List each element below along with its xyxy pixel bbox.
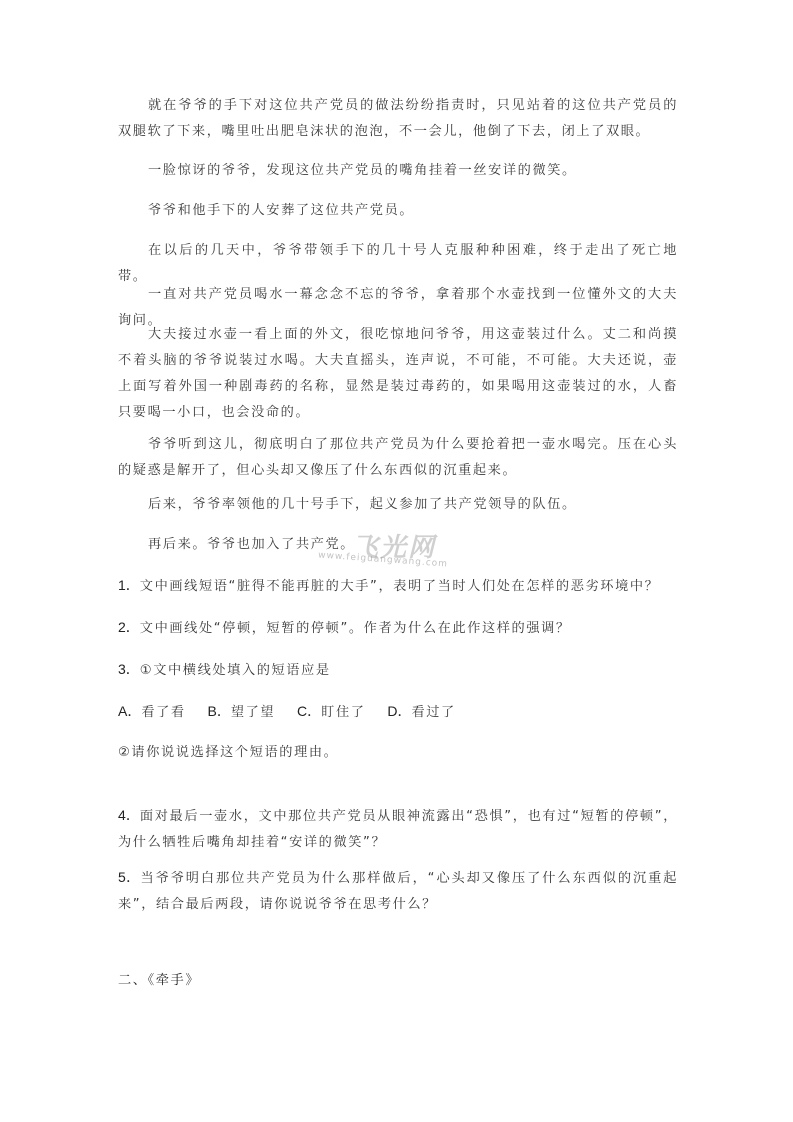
option-c-letter: C．	[297, 703, 321, 719]
question-1: 1．文中画线短语“脏得不能再脏的大手”，表明了当时人们处在怎样的恶劣环境中？	[118, 572, 678, 600]
option-a-letter: A．	[118, 703, 141, 719]
option-a-text: 看了看	[141, 705, 185, 720]
question-4-text: 面对最后一壶水，文中那位共产党员从眼神流露出“恐惧”，也有过“短暂的停顿”，为什…	[118, 809, 678, 850]
option-a: A．看了看	[118, 698, 186, 726]
option-d-text: 看过了	[411, 705, 455, 720]
question-4: 4．面对最后一壶水，文中那位共产党员从眼神流露出“恐惧”，也有过“短暂的停顿”，…	[118, 802, 678, 856]
story-paragraph-8: 后来，爷爷率领他的几十号手下，起义参加了共产党领导的队伍。	[118, 492, 678, 518]
question-3-number: 3．	[118, 661, 140, 677]
option-d-letter: D．	[387, 703, 411, 719]
option-c-text: 盯住了	[321, 705, 365, 720]
question-1-number: 1．	[118, 577, 140, 593]
option-b-letter: B．	[208, 703, 231, 719]
option-b-text: 望了望	[231, 705, 275, 720]
option-d: D．看过了	[387, 698, 456, 726]
question-3-text: ①文中横线处填入的短语应是	[140, 663, 331, 678]
story-paragraph-3: 爷爷和他手下的人安葬了这位共产党员。	[118, 198, 678, 224]
question-3-sub2: ②请你说说选择这个短语的理由。	[118, 740, 678, 766]
question-4-number: 4．	[118, 807, 140, 823]
question-3-options: A．看了看 B．望了望 C．盯住了 D．看过了	[118, 698, 678, 726]
option-c: C．盯住了	[297, 698, 366, 726]
question-5-number: 5．	[118, 869, 140, 885]
question-1-text: 文中画线短语“脏得不能再脏的大手”，表明了当时人们处在怎样的恶劣环境中？	[140, 579, 660, 594]
option-b: B．望了望	[208, 698, 276, 726]
section-2-heading: 二、《牵手》	[118, 968, 678, 994]
question-2-number: 2．	[118, 619, 140, 635]
story-paragraph-7: 爷爷听到这儿，彻底明白了那位共产党员为什么要抢着把一壶水喝完。压在心头的疑惑是解…	[118, 432, 678, 484]
question-3: 3．①文中横线处填入的短语应是	[118, 656, 678, 684]
story-paragraph-6: 大夫接过水壶一看上面的外文，很吃惊地问爷爷，用这壶装过什么。丈二和尚摸不着头脑的…	[118, 322, 678, 426]
story-paragraph-1: 就在爷爷的手下对这位共产党员的做法纷纷指责时，只见站着的这位共产党员的双腿软了下…	[118, 93, 678, 145]
question-2-text: 文中画线处“停顿，短暂的停顿”。作者为什么在此作这样的强调？	[140, 621, 571, 636]
question-5-text: 当爷爷明白那位共产党员为什么那样做后，“心头却又像压了什么东西似的沉重起来”，结…	[118, 871, 678, 912]
story-paragraph-2: 一脸惊讶的爷爷，发现这位共产党员的嘴角挂着一丝安详的微笑。	[118, 158, 678, 184]
question-5: 5．当爷爷明白那位共产党员为什么那样做后，“心头却又像压了什么东西似的沉重起来”…	[118, 864, 678, 918]
question-2: 2．文中画线处“停顿，短暂的停顿”。作者为什么在此作这样的强调？	[118, 614, 678, 642]
document-page: 就在爷爷的手下对这位共产党员的做法纷纷指责时，只见站着的这位共产党员的双腿软了下…	[0, 0, 793, 1122]
story-paragraph-9: 再后来。爷爷也加入了共产党。	[118, 532, 678, 558]
